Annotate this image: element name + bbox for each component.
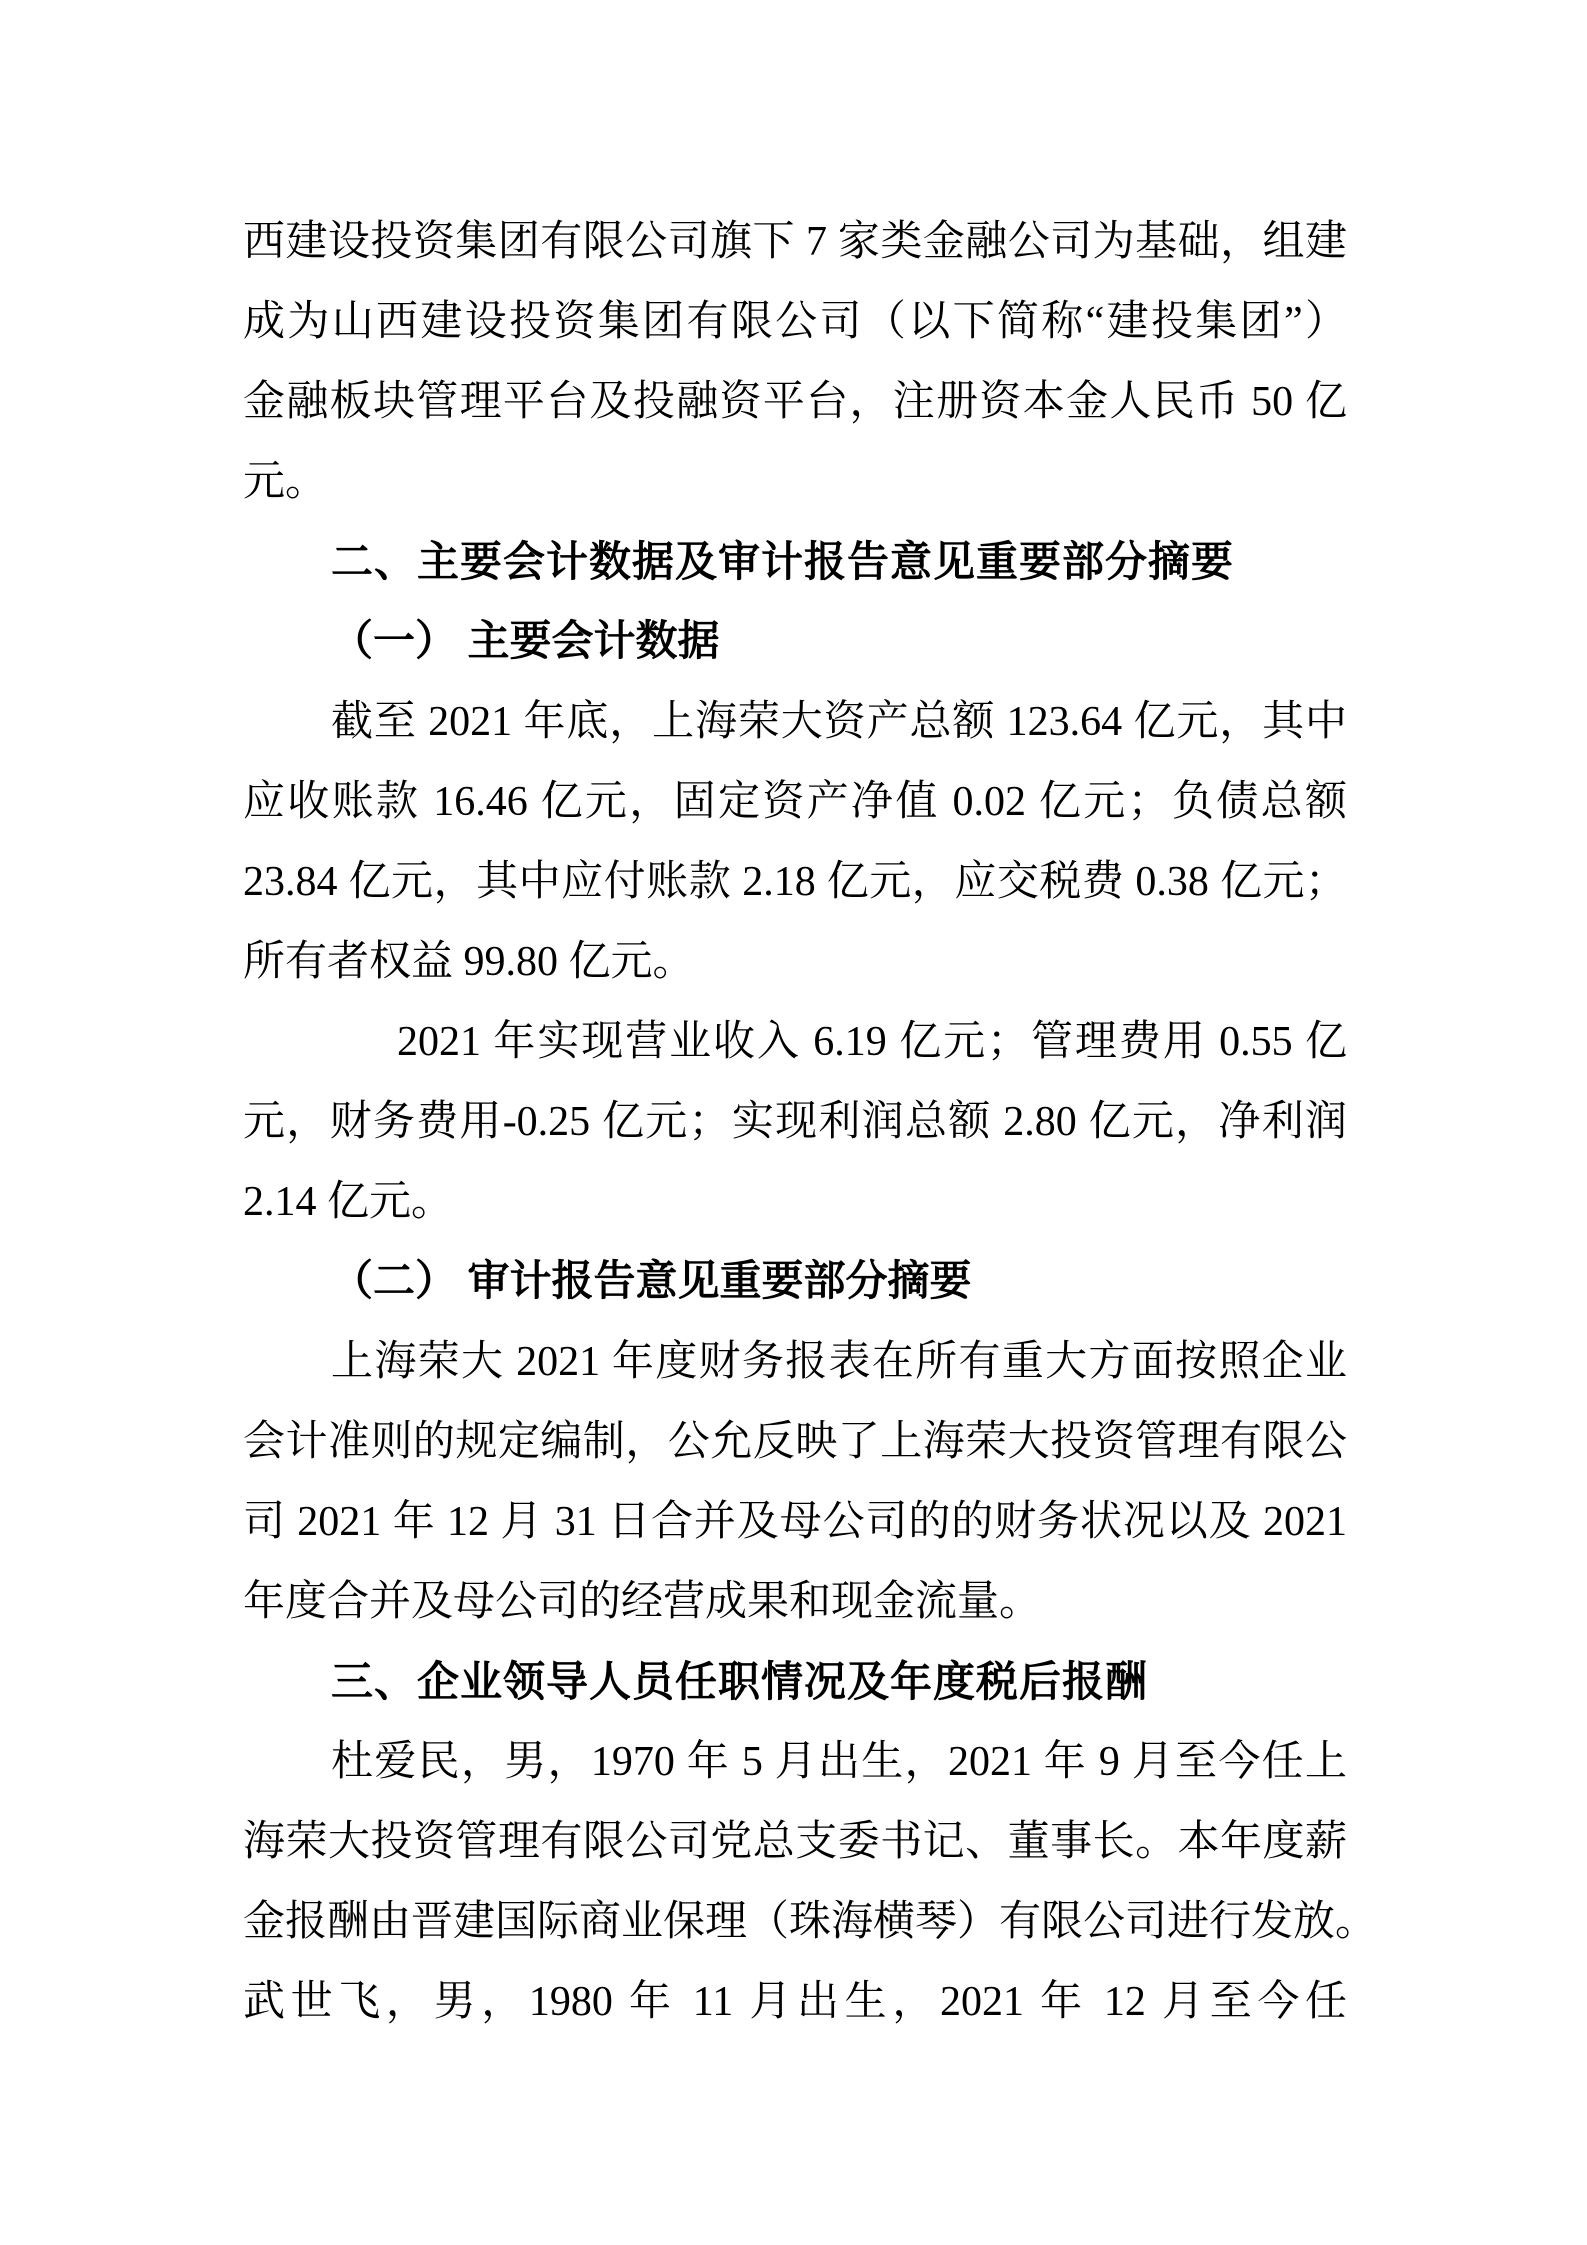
document-page: 西建设投资集团有限公司旗下 7 家类金融公司为基础，组建 成为山西建设投资集团有… — [0, 0, 1587, 2245]
text-line: 杜爱民，男，1970 年 5 月出生，2021 年 9 月至今任上 — [243, 1722, 1347, 1802]
heading-subsection-2-2: （二） 审计报告意见重要部分摘要 — [243, 1242, 1347, 1322]
text-line: 元。 — [243, 442, 1347, 522]
text-line: 元，财务费用-0.25 亿元；实现利润总额 2.80 亿元，净利润 — [243, 1082, 1347, 1162]
text-line: 成为山西建设投资集团有限公司（以下简称“建投集团”） — [243, 282, 1347, 362]
text-line: 截至 2021 年底，上海荣大资产总额 123.64 亿元，其中 — [243, 682, 1347, 762]
text-line: 2.14 亿元。 — [243, 1162, 1347, 1242]
heading-section-2: 二、主要会计数据及审计报告意见重要部分摘要 — [243, 522, 1347, 602]
text-line: 西建设投资集团有限公司旗下 7 家类金融公司为基础，组建 — [243, 202, 1347, 282]
text-line: 23.84 亿元，其中应付账款 2.18 亿元，应交税费 0.38 亿元； — [243, 842, 1347, 922]
text-line: 年度合并及母公司的经营成果和现金流量。 — [243, 1562, 1347, 1642]
text-line: 上海荣大 2021 年度财务报表在所有重大方面按照企业 — [243, 1322, 1347, 1402]
text-line: 2021 年实现营业收入 6.19 亿元；管理费用 0.55 亿 — [243, 1002, 1347, 1082]
text-line: 金报酬由晋建国际商业保理（珠海横琴）有限公司进行发放。 — [243, 1882, 1347, 1962]
text-line: 武世飞，男，1980 年 11 月出生，2021 年 12 月至今任 — [243, 1962, 1347, 2042]
text-line: 会计准则的规定编制，公允反映了上海荣大投资管理有限公 — [243, 1402, 1347, 1482]
text-line: 金融板块管理平台及投融资平台，注册资本金人民币 50 亿 — [243, 362, 1347, 442]
text-line: 所有者权益 99.80 亿元。 — [243, 922, 1347, 1002]
heading-subsection-2-1: （一） 主要会计数据 — [243, 602, 1347, 682]
text-line: 应收账款 16.46 亿元，固定资产净值 0.02 亿元；负债总额 — [243, 762, 1347, 842]
heading-section-3: 三、企业领导人员任职情况及年度税后报酬 — [243, 1642, 1347, 1722]
text-line: 海荣大投资管理有限公司党总支委书记、董事长。本年度薪 — [243, 1802, 1347, 1882]
text-line: 司 2021 年 12 月 31 日合并及母公司的的财务状况以及 2021 — [243, 1482, 1347, 1562]
